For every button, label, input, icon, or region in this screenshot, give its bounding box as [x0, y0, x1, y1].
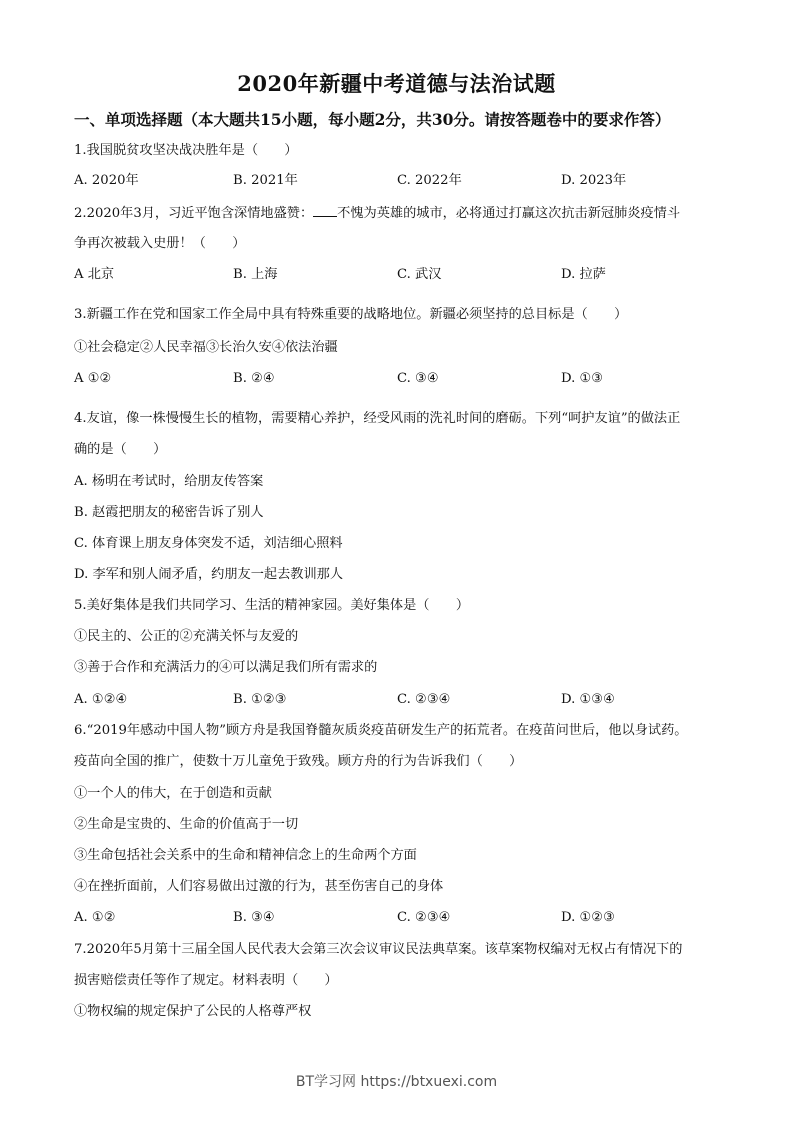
- q6-option-b: B. ③④: [233, 909, 275, 927]
- q5-option-a: A. ①②④: [74, 691, 127, 709]
- question-4-stem: 4.友谊，像一株慢慢生长的植物，需要精心养护，经受风雨的洗礼时间的磨砺。下列“呵…: [74, 410, 680, 428]
- exam-page: 2020年新疆中考道德与法治试题 一、单项选择题（本大题共15小题，每小题2分，…: [0, 0, 793, 1122]
- q4-option-c: C. 体育课上朋友身体突发不适，刘洁细心照料: [74, 535, 343, 553]
- q1-option-c: C. 2022年: [397, 172, 462, 190]
- q2-option-d: D. 拉萨: [561, 266, 606, 284]
- question-3-stem: 3.新疆工作在党和国家工作全局中具有特殊重要的战略地位。新疆必须坚持的总目标是（…: [74, 306, 627, 324]
- section-heading: 一、单项选择题（本大题共15小题，每小题2分，共30分。请按答题卷中的要求作答）: [74, 108, 670, 130]
- q2-stem-part1: 2.2020年3月，习近平饱含深情地盛赞：: [74, 206, 313, 221]
- question-3-options: A ①② B. ②④ C. ③④ D. ①③: [74, 370, 734, 388]
- question-6-statement-4: ④在挫折面前，人们容易做出过激的行为，甚至伤害自己的身体: [74, 878, 443, 896]
- q2-option-b: B. 上海: [233, 266, 277, 284]
- q1-option-d: D. 2023年: [561, 172, 626, 190]
- q6-option-c: C. ②③④: [397, 909, 450, 927]
- q3-option-a: A ①②: [74, 370, 111, 388]
- question-5-statements-2: ③善于合作和充满活力的④可以满足我们所有需求的: [74, 659, 377, 677]
- answer-blank: [313, 204, 337, 217]
- q2-stem-part2: 不愧为英雄的城市，必将通过打赢这次抗击新冠肺炎疫情斗: [337, 206, 680, 221]
- exam-title: 2020年新疆中考道德与法治试题: [0, 68, 793, 98]
- q5-option-d: D. ①③④: [561, 691, 615, 709]
- question-6-statement-1: ①一个人的伟大，在于创造和贡献: [74, 785, 272, 803]
- q5-option-c: C. ②③④: [397, 691, 450, 709]
- q1-option-a: A. 2020年: [74, 172, 139, 190]
- q3-option-d: D. ①③: [561, 370, 603, 388]
- watermark-footer: BT学习网 https://btxuexi.com: [0, 1071, 793, 1091]
- q2-option-a: A 北京: [74, 266, 114, 284]
- question-1-stem: 1.我国脱贫攻坚决战决胜年是（ ）: [74, 142, 298, 160]
- question-6-stem: 6.“2019年感动中国人物”顾方舟是我国脊髓灰质炎疫苗研发生产的拓荒者。在疫苗…: [74, 722, 688, 740]
- q6-option-a: A. ①②: [74, 909, 116, 927]
- question-2-stem: 2.2020年3月，习近平饱含深情地盛赞：不愧为英雄的城市，必将通过打赢这次抗击…: [74, 204, 680, 223]
- q2-option-c: C. 武汉: [397, 266, 441, 284]
- question-2-stem-cont: 争再次被载入史册！（ ）: [74, 235, 245, 253]
- question-4-stem-cont: 确的是（ ）: [74, 441, 166, 459]
- question-5-stem: 5.美好集体是我们共同学习、生活的精神家园。美好集体是（ ）: [74, 597, 469, 615]
- q1-option-b: B. 2021年: [233, 172, 298, 190]
- question-6-options: A. ①② B. ③④ C. ②③④ D. ①②③: [74, 909, 734, 927]
- q4-option-d: D. 李军和别人闹矛盾，约朋友一起去教训那人: [74, 566, 343, 584]
- question-2-options: A 北京 B. 上海 C. 武汉 D. 拉萨: [74, 266, 734, 284]
- question-3-statements: ①社会稳定②人民幸福③长治久安④依法治疆: [74, 339, 338, 357]
- q4-option-b: B. 赵霞把朋友的秘密告诉了别人: [74, 504, 264, 522]
- question-5-statements-1: ①民主的、公正的②充满关怀与友爱的: [74, 628, 298, 646]
- q3-option-b: B. ②④: [233, 370, 275, 388]
- question-6-statement-3: ③生命包括社会关系中的生命和精神信念上的生命两个方面: [74, 847, 417, 865]
- question-6-statement-2: ②生命是宝贵的、生命的价值高于一切: [74, 816, 298, 834]
- question-1-options: A. 2020年 B. 2021年 C. 2022年 D. 2023年: [74, 172, 734, 190]
- q6-option-d: D. ①②③: [561, 909, 615, 927]
- question-6-stem-cont: 疫苗向全国的推广，使数十万儿童免于致残。顾方舟的行为告诉我们（ ）: [74, 753, 522, 771]
- question-7-stem-cont: 损害赔偿责任等作了规定。材料表明（ ）: [74, 972, 338, 990]
- question-7-stem: 7.2020年5月第十三届全国人民代表大会第三次会议审议民法典草案。该草案物权编…: [74, 941, 682, 959]
- q5-option-b: B. ①②③: [233, 691, 287, 709]
- question-5-options: A. ①②④ B. ①②③ C. ②③④ D. ①③④: [74, 691, 734, 709]
- q4-option-a: A. 杨明在考试时，给朋友传答案: [74, 473, 263, 491]
- question-7-statement-1: ①物权编的规定保护了公民的人格尊严权: [74, 1003, 311, 1021]
- q3-option-c: C. ③④: [397, 370, 439, 388]
